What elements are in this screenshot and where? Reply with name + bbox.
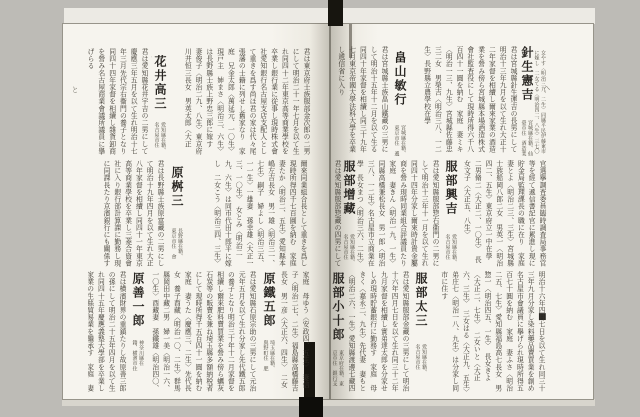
scanned-book-photo: ■ 女やす〈明治三九、二生〉同縣平民伊藤東市に嫁し 二女てる〈明治四二、八生〉三… (0, 0, 640, 417)
entry-heading-hara-zenichiro: 原善一郎 (129, 272, 145, 336)
entry-body: 君は愛知縣花井宇吉の二男にして慶應三年五月を以て生れ明治十七年三月先代宗右衞門の… (88, 48, 149, 158)
entry-body-continued: 君は東京府士族服部金次郎の二男にして明治二十一年七月を以て生れ同四十二年東京高等… (181, 48, 311, 158)
entry-annotation: 愛知縣在籍、名古屋市住 染料商 (343, 234, 355, 266)
entry-body: 君は長野縣士族原富藏の二男にして明治十九年四月を以て生れ大正八年家督を相續し同四… (88, 160, 165, 268)
entry-heading-hattori-kojuro: 服部小十郎 (330, 272, 345, 346)
entry-annotation: 愛知縣在籍、名古屋市住 雜貨商 (153, 122, 166, 156)
entry-heading-hattori-okichi: 服部興吉 (442, 160, 458, 230)
entry-heading-hara-tetsugoro: 原鐵五郎 (260, 272, 276, 336)
folio-mark-right: へ (542, 84, 552, 98)
entry-annotation: 埼玉縣在籍、與野町住 肥料商 (262, 340, 275, 376)
entry-body-continued: 官選擧調査委員臨時調査局事務官等を經て遞信書記官に累進し現に貯金局監理課長の職に… (460, 160, 547, 268)
entry-body: 君は愛知縣服部金藏の三男にして明治十六年四月七日を以て生れ同三十二年九月家督を相… (346, 271, 410, 392)
entry-heading-hatakeyama-toshiyuki: 畠山敏行 (391, 51, 407, 121)
spine-tape-bottom-end (299, 397, 323, 417)
entry-body: 君は愛知縣石原宗助の三男にして元治元年五月を以て生れ分家し先代鐵五郎の養子となり… (149, 271, 257, 392)
entry-body: 君は愛知縣服部惣藏の四男にして (331, 160, 342, 268)
entry-body: 君は横濱財界の重鎮たりし故原善三郎の孫にして明治二十五年四月を以て生れ同四十五年… (88, 271, 127, 392)
entry-body-continued: 明治十六年四月七日を以て生れ同三十三年九月分家し染料藥品賣買業を創め名古屋市會議… (438, 271, 546, 392)
entry-body-continued: 家庭 母ゆう〈安政四、五生〉 妻信子〈明治二七、二生〉福島縣高橋藤吉長女 男一彦… (277, 271, 310, 392)
entry-annotation: 神奈川縣在籍、横濱市住 貿易商 (131, 340, 144, 376)
entry-heading-hara-masuzo: 原桝三 (168, 166, 184, 224)
entry-heading-hattori-taizo: 服部太三 (412, 272, 428, 340)
folio-mark-left: と (70, 86, 80, 100)
entry-annotation: 宮城縣在籍、東京市住 遞信事務官 (393, 125, 406, 157)
entry-annotation: 東京府在籍、東京市住 銀行支配人 (332, 350, 344, 390)
entry-heading-hanai-takasaburo: 花井高三郎 (151, 55, 167, 119)
prev-entry-tail: 女やす〈明治三九、二生〉同縣平民伊藤東市に嫁し 二女てる〈明治四二、八生〉三七〇 (533, 50, 546, 155)
entry-heading-hattori-masuzo: 服部增藏 (341, 160, 356, 230)
entry-body: 君は宮城縣士族畠山鐵藏の三男にして明治十五年十二月を以て生る同四十年家督を相續し… (334, 46, 389, 158)
entry-annotation: 愛知縣在籍、名古屋市住 時計商 (444, 234, 457, 266)
page-stack-edge-bottom (62, 399, 595, 406)
entry-annotation: 宮城縣在籍、仙臺市住 酒造業 (520, 120, 533, 158)
entry-annotation: 長野縣在籍、東京市住 會社員 (170, 228, 183, 262)
entry-body: 君は宮城縣針生運吉の長男にして明治十三年九月を以て生れ大正十二年家督を相續し爾來… (420, 46, 518, 158)
entry-body-continued: 爾來同業組合長として重きを爲し現時所得四千七百圓を納む 家庭 妻たか〈明治二、五… (196, 160, 308, 268)
entry-heading-hariu-kenkichi: 針生憲吉 (518, 46, 534, 116)
entry-annotation: 愛知縣在籍、名古屋市住 銀行員 (414, 344, 427, 378)
entry-body: 君は愛知縣服部惣右衞門の二男にして明治十三年十一月を以て生れ同四十四年分家し爾來… (356, 160, 440, 268)
spine-tape-top (328, 0, 343, 26)
